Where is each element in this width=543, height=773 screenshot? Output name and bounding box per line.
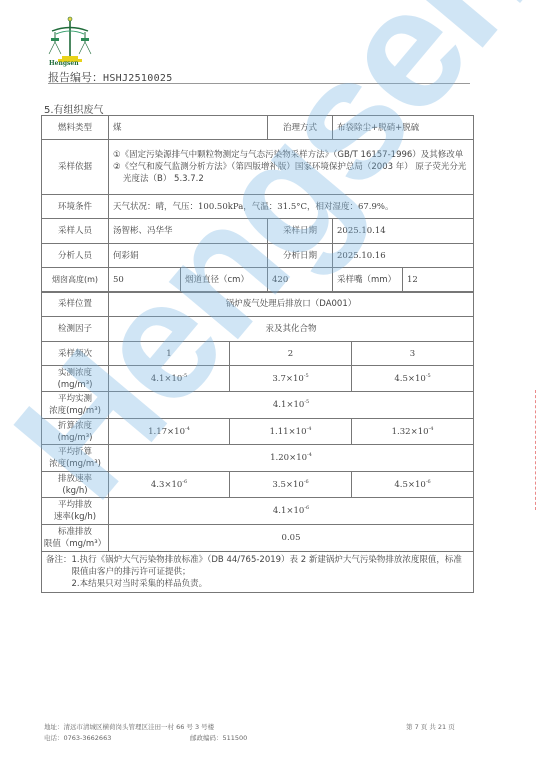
value-base: 4.1×10 xyxy=(273,506,304,516)
table-row: 烟囱高度(m) 50 烟道直径（cm） 420 采样嘴（mm） 12 xyxy=(42,268,474,293)
nozzle-label: 采样嘴（mm） xyxy=(333,268,403,293)
value-exp: -6 xyxy=(304,505,309,511)
value-exp: -5 xyxy=(304,373,309,379)
table-row: 标准排放限值（mg/m³） 0.05 xyxy=(42,525,474,552)
measured-1: 4.1×10-5 xyxy=(109,366,230,392)
table-row: 采样频次 1 2 3 xyxy=(42,342,474,366)
value-base: 1.17×10 xyxy=(148,427,185,437)
table-row: 备注： 1.执行《锅炉大气污染物排放标准》（DB 44/765-2019）表 2… xyxy=(42,552,474,593)
section-title: 5.有组织废气 xyxy=(44,101,104,116)
value-exp: -4 xyxy=(307,426,312,432)
basis-label: 采样依据 xyxy=(42,140,109,195)
analysis-date-label: 分析日期 xyxy=(268,244,333,268)
env-value: 天气状况：晴，气压：100.50kPa，气温：31.5°C，相对湿度：67.9%… xyxy=(109,195,474,219)
sampler-value: 汤智彬、冯华华 xyxy=(109,219,268,244)
label-unit: (kg/h) xyxy=(46,485,104,497)
avg-measured-value: 4.1×10-5 xyxy=(109,392,474,419)
value-exp: -4 xyxy=(429,426,434,432)
avg-rate-value: 4.1×10-6 xyxy=(109,498,474,525)
measured-label: 实测浓度(mg/m³) xyxy=(42,366,109,392)
table-row: 平均实测浓度(mg/m³) 4.1×10-5 xyxy=(42,392,474,419)
label-unit: (mg/m³) xyxy=(46,379,104,391)
avg-rate-label: 平均排放速率(kg/h) xyxy=(42,498,109,525)
note-item: 1.执行《锅炉大气污染物排放标准》（DB 44/765-2019）表 2 新建锅… xyxy=(72,554,470,578)
table-row: 采样位置 锅炉废气处理后排放口（DA001） xyxy=(42,292,474,317)
value-base: 1.11×10 xyxy=(270,427,307,437)
table-row: 环境条件 天气状况：晴，气压：100.50kPa，气温：31.5°C，相对湿度：… xyxy=(42,195,474,219)
emission-report-table: 燃料类型 煤 治理方式 布袋除尘+脱硝+脱硫 采样依据 ①《固定污染源排气中颗粒… xyxy=(41,115,474,293)
table-row: 平均排放速率(kg/h) 4.1×10-6 xyxy=(42,498,474,525)
label-unit: 浓度(mg/m³) xyxy=(43,458,107,470)
value-exp: -4 xyxy=(185,426,190,432)
header-divider xyxy=(48,83,470,84)
frequency-1: 1 xyxy=(109,342,230,366)
measured-2: 3.7×10-5 xyxy=(230,366,352,392)
rate-2: 3.5×10-6 xyxy=(230,472,352,498)
sample-date-label: 采样日期 xyxy=(268,219,333,244)
footer-address: 地址：清远市清城区横荷岗头管理区洼田一村 66 号 3 号楼 xyxy=(44,722,214,731)
notes: 备注： 1.执行《锅炉大气污染物排放标准》（DB 44/765-2019）表 2… xyxy=(42,552,474,593)
value-base: 3.7×10 xyxy=(272,374,303,384)
table-row: 采样依据 ①《固定污染源排气中颗粒物测定与气态污染物采样方法》（GB/T 161… xyxy=(42,140,474,195)
fuel-type-label: 燃料类型 xyxy=(42,116,109,140)
converted-1: 1.17×10-4 xyxy=(109,419,230,445)
value-exp: -5 xyxy=(182,373,187,379)
value-exp: -6 xyxy=(304,479,309,485)
converted-label: 折算浓度(mg/m³) xyxy=(42,419,109,445)
value-exp: -6 xyxy=(426,479,431,485)
chimney-height-label: 烟囱高度(m) xyxy=(42,268,109,293)
chimney-height-value: 50 xyxy=(109,268,181,293)
notes-list: 1.执行《锅炉大气污染物排放标准》（DB 44/765-2019）表 2 新建锅… xyxy=(72,554,470,590)
value-exp: -5 xyxy=(426,373,431,379)
location-value: 锅炉废气处理后排放口（DA001） xyxy=(109,292,474,317)
value-base: 1.32×10 xyxy=(392,427,429,437)
analyst-value: 何彩娟 xyxy=(109,244,268,268)
frequency-2: 2 xyxy=(230,342,352,366)
label-line: 折算浓度 xyxy=(46,420,104,432)
factor-value: 汞及其化合物 xyxy=(109,317,474,342)
value-base: 1.20×10 xyxy=(270,453,307,463)
converted-3: 1.32×10-4 xyxy=(352,419,474,445)
converted-2: 1.11×10-4 xyxy=(230,419,352,445)
company-logo-icon xyxy=(46,14,94,66)
label-line: 标准排放 xyxy=(43,526,107,538)
table-row: 采样人员 汤智彬、冯华华 采样日期 2025.10.14 xyxy=(42,219,474,244)
seal-stamp-edge xyxy=(535,390,538,510)
value-exp: -5 xyxy=(304,399,309,405)
rate-3: 4.5×10-6 xyxy=(352,472,474,498)
table-row: 折算浓度(mg/m³) 1.17×10-4 1.11×10-4 1.32×10-… xyxy=(42,419,474,445)
frequency-label: 采样频次 xyxy=(42,342,109,366)
basis-value: ①《固定污染源排气中颗粒物测定与气态污染物采样方法》（GB/T 16157-19… xyxy=(109,140,474,195)
sampler-label: 采样人员 xyxy=(42,219,109,244)
footer-page-number: 第 7 页 共 21 页 xyxy=(406,722,455,731)
factor-label: 检测因子 xyxy=(42,317,109,342)
label-line: 平均实测 xyxy=(43,393,107,405)
logo-text: Hengsen xyxy=(49,60,79,67)
value-base: 4.1×10 xyxy=(151,374,182,384)
flue-diameter-value: 420 xyxy=(268,268,333,293)
limit-value: 0.05 xyxy=(109,525,474,552)
value-base: 3.5×10 xyxy=(272,480,303,490)
limit-label: 标准排放限值（mg/m³） xyxy=(42,525,109,552)
value-base: 4.5×10 xyxy=(394,374,425,384)
value-exp: -6 xyxy=(182,479,187,485)
table-row: 排放速率(kg/h) 4.3×10-6 3.5×10-6 4.5×10-6 xyxy=(42,472,474,498)
rate-label: 排放速率(kg/h) xyxy=(42,472,109,498)
results-table: 采样位置 锅炉废气处理后排放口（DA001） 检测因子 汞及其化合物 采样频次 … xyxy=(41,291,474,593)
label-unit: 速率(kg/h) xyxy=(43,511,107,523)
footer-phone: 电话：0763-3662663 xyxy=(44,733,111,742)
label-line: 平均折算 xyxy=(43,446,107,458)
value-base: 4.1×10 xyxy=(273,400,304,410)
basis-item: ②《空气和废气监测分析方法》（第四版增补版）国家环境保护总局（2003 年） 原… xyxy=(113,161,469,185)
label-line: 实测浓度 xyxy=(46,367,104,379)
label-unit: 限值（mg/m³） xyxy=(43,538,107,550)
avg-measured-label: 平均实测浓度(mg/m³) xyxy=(42,392,109,419)
location-label: 采样位置 xyxy=(42,292,109,317)
value-base: 4.3×10 xyxy=(151,480,182,490)
avg-converted-label: 平均折算浓度(mg/m³) xyxy=(42,445,109,472)
note-item: 2.本结果只对当时采集的样品负责。 xyxy=(72,578,470,590)
treatment-value: 布袋除尘+脱硝+脱硫 xyxy=(333,116,474,140)
treatment-label: 治理方式 xyxy=(268,116,333,140)
sample-date-value: 2025.10.14 xyxy=(333,219,474,244)
analysis-date-value: 2025.10.16 xyxy=(333,244,474,268)
measured-3: 4.5×10-5 xyxy=(352,366,474,392)
label-unit: 浓度(mg/m³) xyxy=(43,405,107,417)
rate-1: 4.3×10-6 xyxy=(109,472,230,498)
frequency-3: 3 xyxy=(352,342,474,366)
value-exp: -4 xyxy=(307,452,312,458)
nozzle-value: 12 xyxy=(403,268,474,293)
analyst-label: 分析人员 xyxy=(42,244,109,268)
label-line: 排放速率 xyxy=(46,473,104,485)
table-row: 平均折算浓度(mg/m³) 1.20×10-4 xyxy=(42,445,474,472)
notes-block: 备注： 1.执行《锅炉大气污染物排放标准》（DB 44/765-2019）表 2… xyxy=(46,554,469,590)
env-label: 环境条件 xyxy=(42,195,109,219)
table-row: 燃料类型 煤 治理方式 布袋除尘+脱硝+脱硫 xyxy=(42,116,474,140)
label-line: 平均排放 xyxy=(43,499,107,511)
table-row: 实测浓度(mg/m³) 4.1×10-5 3.7×10-5 4.5×10-5 xyxy=(42,366,474,392)
basis-item: ①《固定污染源排气中颗粒物测定与气态污染物采样方法》（GB/T 16157-19… xyxy=(113,149,469,161)
table-row: 分析人员 何彩娟 分析日期 2025.10.16 xyxy=(42,244,474,268)
footer-postcode: 邮政编码：511500 xyxy=(190,733,247,742)
table-row: 检测因子 汞及其化合物 xyxy=(42,317,474,342)
label-unit: (mg/m³) xyxy=(46,432,104,444)
notes-prefix: 备注： xyxy=(46,554,72,590)
avg-converted-value: 1.20×10-4 xyxy=(109,445,474,472)
flue-diameter-label: 烟道直径（cm） xyxy=(181,268,268,293)
value-base: 4.5×10 xyxy=(394,480,425,490)
fuel-type-value: 煤 xyxy=(109,116,268,140)
